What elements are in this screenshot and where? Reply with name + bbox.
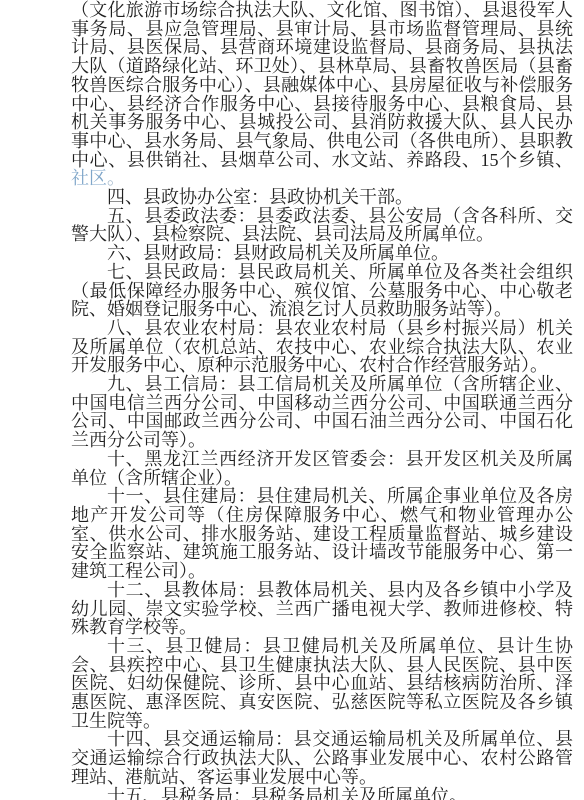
paragraph-12: 十四、县交通运输局：县交通运输局机关及所属单位、县交通运输综合行政执法大队、公路… (71, 730, 573, 786)
paragraph-13: 十五、县税务局：县税务局机关及所属单位。 (71, 787, 573, 800)
community-link[interactable]: 社区 (71, 168, 107, 188)
text-segment: 四、县政协办公室：县政协机关干部。 (107, 187, 413, 207)
sentence-end-punctuation: 。 (107, 168, 125, 188)
paragraph-2: 四、县政协办公室：县政协机关干部。 (71, 188, 573, 207)
paragraph-9: 十一、县住建局：县住建局机关、所属企事业单位及各房地产开发公司等（住房保障服务中… (71, 487, 573, 581)
text-segment: 五、县委政法委：县委政法委、县公安局（含各科所、交警大队）、县检察院、县法院、县… (71, 206, 573, 245)
text-segment: 七、县民政局：县民政局机关、所属单位及各类社会组织（最低保障经办服务中心、殡仪馆… (71, 262, 573, 319)
text-segment: 十、黑龙江兰西经济开发区管委会：县开发区机关及所属单位（含所辖企业）。 (71, 449, 573, 488)
text-segment: 十二、县教体局：县教体局机关、县内及各乡镇中小学及幼儿园、崇文实验学校、兰西广播… (71, 580, 573, 637)
text-segment: 八、县农业农村局：县农业农村局（县乡村振兴局）机关及所属单位（农机总站、农技中心… (71, 318, 573, 375)
document-text-block: （文化旅游市场综合执法大队、文化馆、图书馆）、县退役军人事务局、县应急管理局、县… (71, 1, 573, 800)
paragraph-8: 十、黑龙江兰西经济开发区管委会：县开发区机关及所属单位（含所辖企业）。 (71, 450, 573, 487)
text-segment: （文化旅游市场综合执法大队、文化馆、图书馆）、县退役军人事务局、县应急管理局、县… (71, 0, 573, 170)
paragraph-4: 六、县财政局：县财政局机关及所属单位。 (71, 244, 573, 263)
paragraph-5: 七、县民政局：县民政局机关、所属单位及各类社会组织（最低保障经办服务中心、殡仪馆… (71, 263, 573, 319)
text-segment: 十四、县交通运输局：县交通运输局机关及所属单位、县交通运输综合行政执法大队、公路… (71, 729, 573, 786)
text-segment: 十三、县卫健局：县卫健局机关及所属单位、县计生协会、县疾控中心、县卫生健康执法大… (71, 636, 573, 731)
paragraph-11: 十三、县卫健局：县卫健局机关及所属单位、县计生协会、县疾控中心、县卫生健康执法大… (71, 637, 573, 731)
text-segment: 九、县工信局：县工信局机关及所属单位（含所辖企业、中国电信兰西分公司、中国移动兰… (71, 374, 573, 450)
text-segment: 十五、县税务局：县税务局机关及所属单位。 (107, 786, 467, 800)
paragraph-10: 十二、县教体局：县教体局机关、县内及各乡镇中小学及幼儿园、崇文实验学校、兰西广播… (71, 581, 573, 637)
paragraph-1: （文化旅游市场综合执法大队、文化馆、图书馆）、县退役军人事务局、县应急管理局、县… (71, 1, 573, 188)
text-segment: 十一、县住建局：县住建局机关、所属企事业单位及各房地产开发公司等（住房保障服务中… (71, 486, 573, 581)
paragraph-7: 九、县工信局：县工信局机关及所属单位（含所辖企业、中国电信兰西分公司、中国移动兰… (71, 375, 573, 450)
paragraph-6: 八、县农业农村局：县农业农村局（县乡村振兴局）机关及所属单位（农机总站、农技中心… (71, 319, 573, 375)
document-page: （文化旅游市场综合执法大队、文化馆、图书馆）、县退役军人事务局、县应急管理局、县… (0, 0, 584, 800)
paragraph-3: 五、县委政法委：县委政法委、县公安局（含各科所、交警大队）、县检察院、县法院、县… (71, 207, 573, 244)
text-segment: 六、县财政局：县财政局机关及所属单位。 (107, 243, 449, 263)
